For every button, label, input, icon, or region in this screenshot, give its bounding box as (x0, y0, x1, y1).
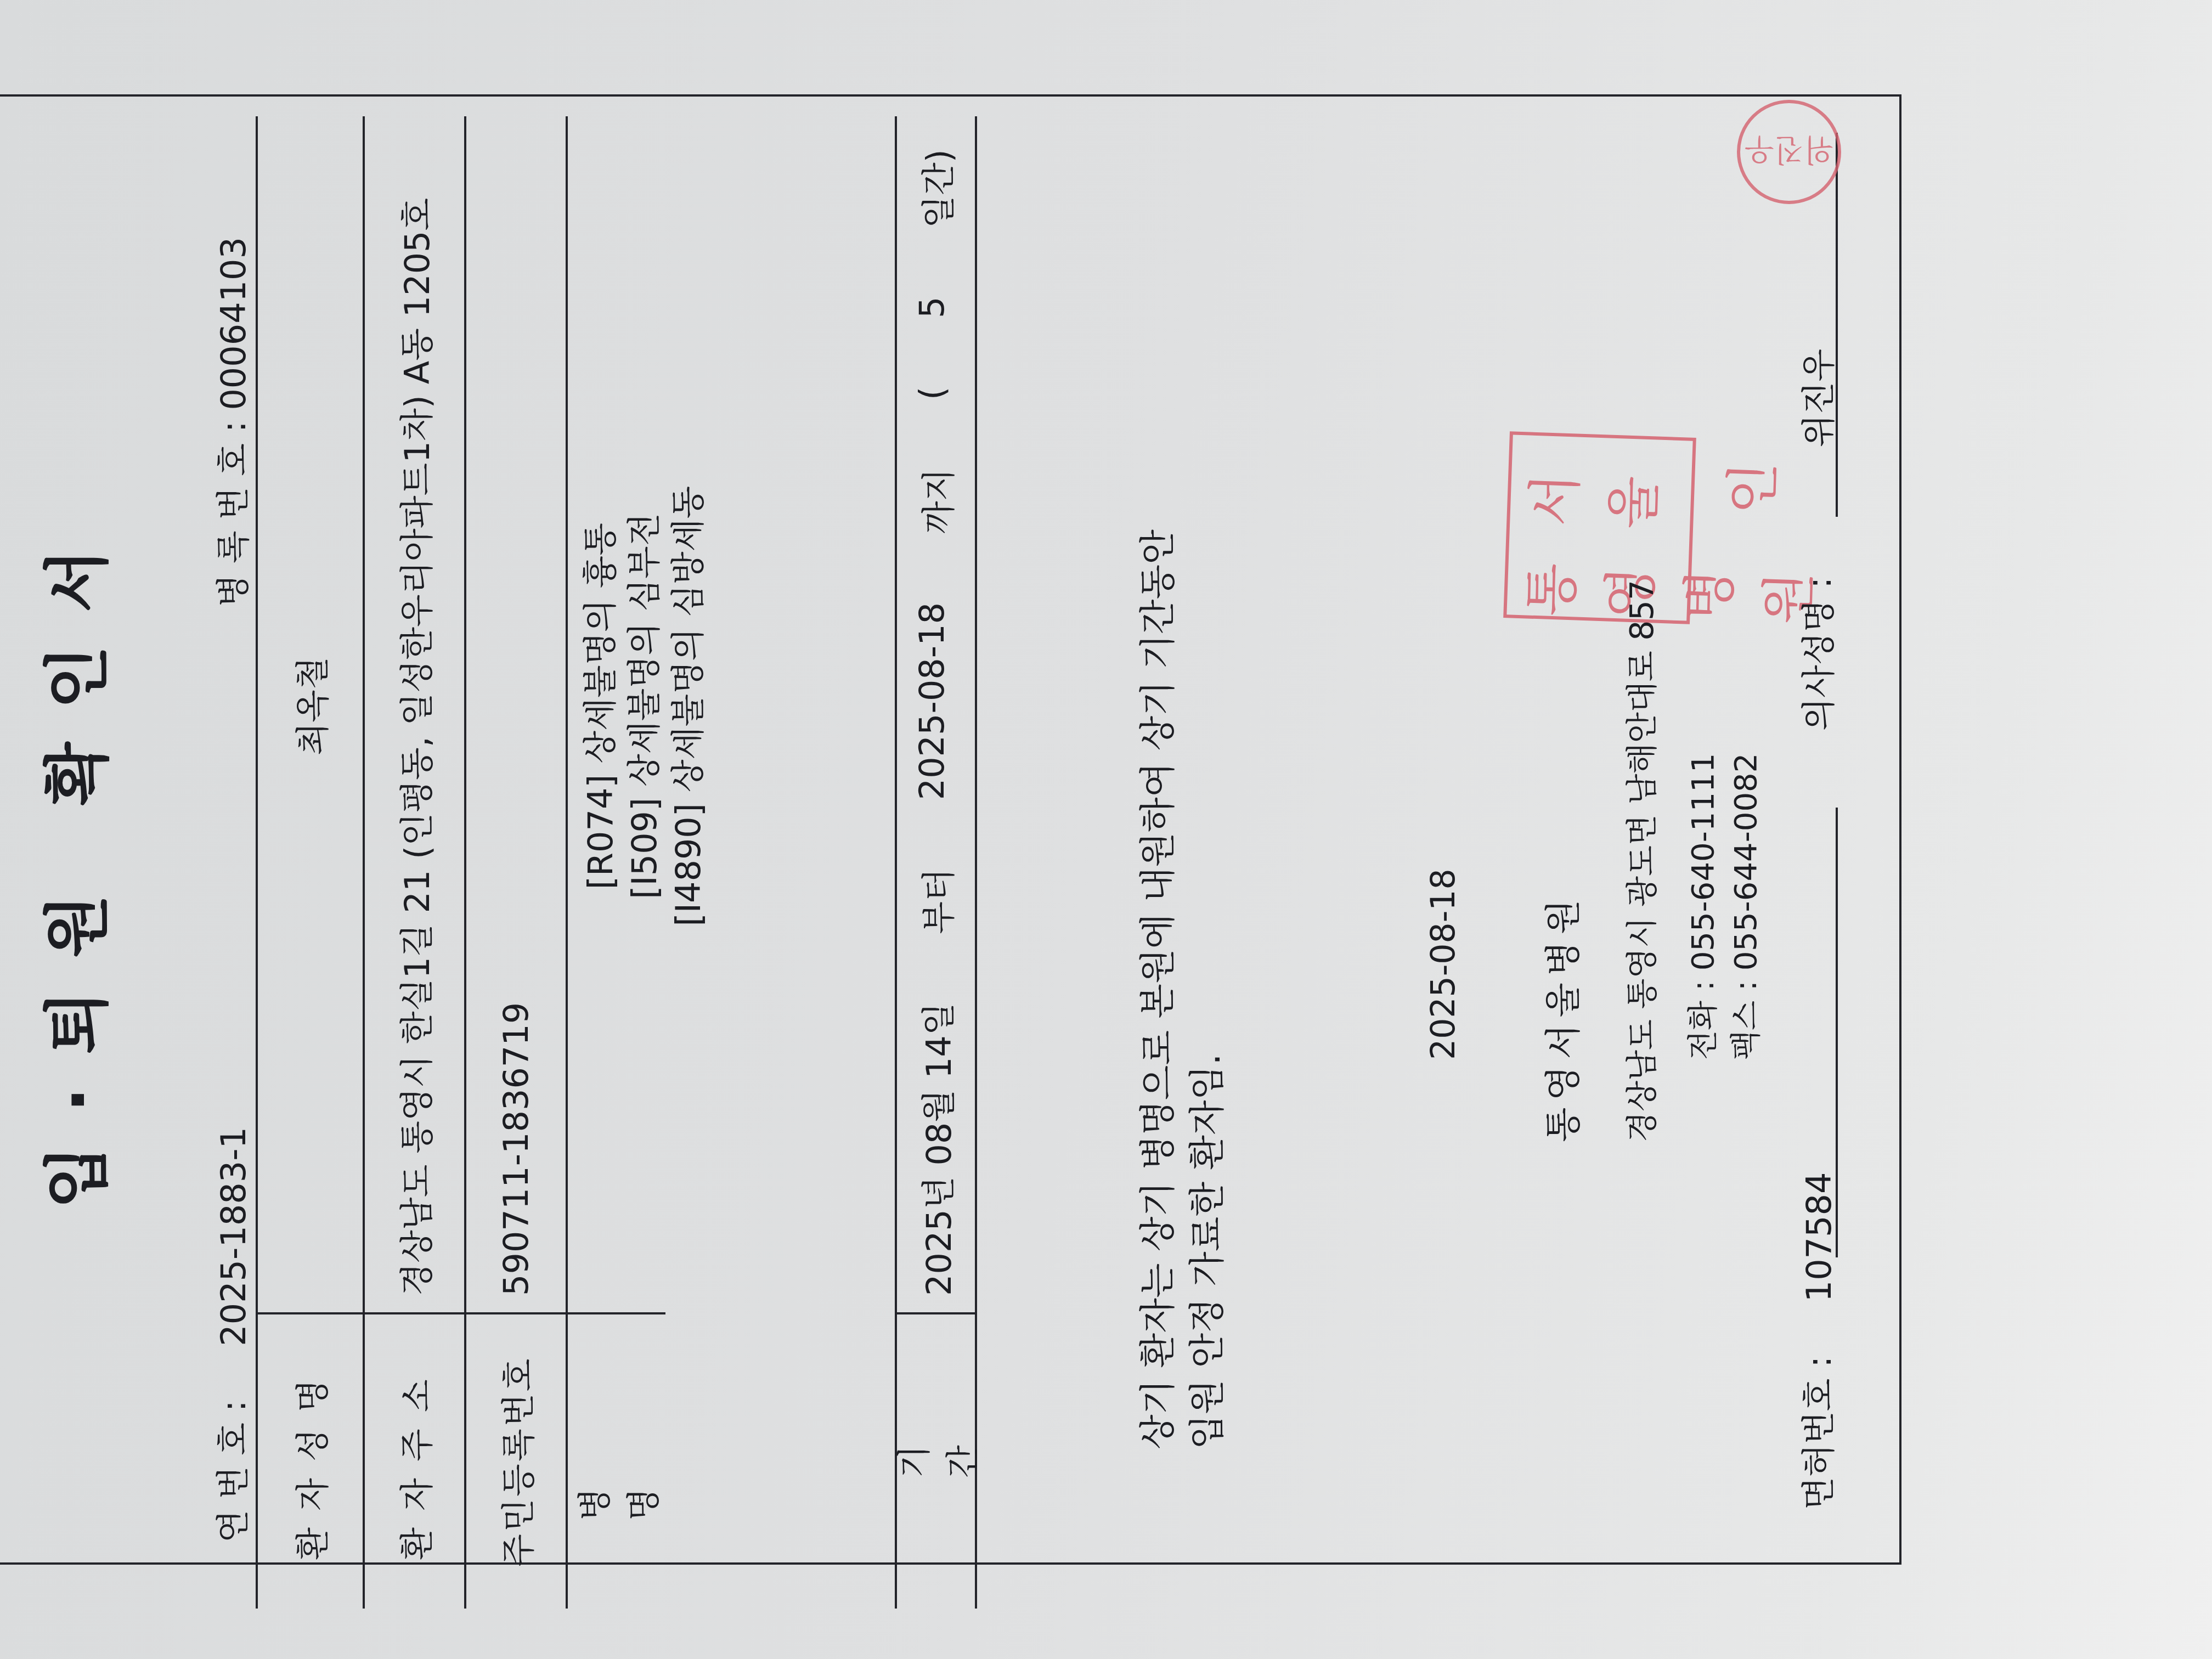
table-row: 기간 2025년 08월 14일 부터 2025-08-18 까지 ( 5 일간… (895, 116, 977, 1609)
license-label: 면허번호 : (1799, 1356, 1839, 1510)
diagnosis-item: [I509] 상세불명의 심부전 (623, 513, 667, 899)
resident-number-label: 주민등록번호 (466, 1312, 566, 1609)
period-label: 기간 (897, 1312, 975, 1609)
doctor-seal-icon: 위진우 (1737, 100, 1841, 204)
diagnosis-label: 병명 (568, 1312, 665, 1609)
hospital-fax: 팩스 : 055-644-0082 (1725, 753, 1768, 1060)
period-end: 2025-08-18 (912, 602, 961, 800)
doctor-name: 의사성명 : 위진우 (1792, 349, 1841, 731)
record-number: 병 록 번 호 : 00064103 (206, 237, 255, 607)
diagnosis-item: [R074] 상세불명의 흉통 (579, 523, 623, 889)
patient-address-label: 환자주소 (365, 1312, 464, 1609)
record-label: 병 록 번 호 : (213, 421, 253, 607)
patient-name-label: 환자성명 (258, 1312, 363, 1609)
doctor-underline (1836, 133, 1838, 517)
doctor-value: 위진우 (1799, 349, 1839, 448)
document-title: 입·퇴원 확인서 (25, 116, 120, 1609)
issue-date: 2025-08-18 (1424, 868, 1463, 1060)
hospital-phone: 전화 : 055-640-1111 (1682, 753, 1725, 1060)
hospital-address: 경상남도 통영시 광도면 남해안대로 857 (1616, 580, 1662, 1142)
patient-address-value: 경상남도 통영시 한실1길 21 (인평동, 일성한우리아파트1차) A동 12… (365, 116, 464, 1312)
table-row: 환자성명 최옥철 (256, 116, 363, 1609)
license-value: 107584 (1799, 1172, 1839, 1302)
statement-line: 상기 환자는 상기 병명으로 본원에 내원하여 상기 기간동안 (1133, 529, 1183, 1449)
hospital-seal-icon: 통영 서울 병원 인 (1503, 431, 1696, 624)
period-days-suffix: 일간) (912, 149, 961, 228)
patient-name-value: 최옥철 (258, 116, 363, 1312)
period-from: 부터 (912, 868, 961, 934)
doctor-label: 의사성명 : (1799, 577, 1839, 731)
serial-label: 연 번 호 : (213, 1400, 253, 1543)
period-value: 2025년 08월 14일 부터 2025-08-18 까지 ( 5 일간) (897, 116, 975, 1312)
hospital-name: 통영서울병원 (1534, 893, 1586, 1142)
table-row: 주민등록번호 590711-1836719 (464, 116, 566, 1609)
license-number: 면허번호 : 107584 (1792, 1172, 1841, 1510)
period-to: 까지 (912, 469, 961, 534)
record-value: 00064103 (213, 237, 253, 410)
hospital-contacts: 전화 : 055-640-1111 팩스 : 055-644-0082 (1682, 753, 1768, 1060)
signature-row: 면허번호 : 107584 의사성명 : 위진우 (1781, 116, 1863, 1609)
diagnosis-item: [I4890] 상세불명의 심방세동 (667, 486, 710, 927)
license-underline (1836, 808, 1838, 1257)
table-row: 환자주소 경상남도 통영시 한실1길 21 (인평동, 일성한우리아파트1차) … (363, 116, 464, 1609)
certification-statement: 상기 환자는 상기 병명으로 본원에 내원하여 상기 기간동안 입원 안정 가료… (1133, 529, 1232, 1449)
serial-value: 2025-1883-1 (213, 1127, 253, 1346)
serial-number: 연 번 호 : 2025-1883-1 (206, 1127, 255, 1543)
diagnosis-list: [R074] 상세불명의 흉통 [I509] 상세불명의 심부전 [I4890]… (568, 116, 710, 1312)
period-days: 5 (912, 297, 961, 318)
resident-number-value: 590711-1836719 (466, 116, 566, 1312)
patient-table: 환자성명 최옥철 환자주소 경상남도 통영시 한실1길 21 (인평동, 일성한… (256, 116, 977, 1609)
certificate-form: 입·퇴원 확인서 연 번 호 : 2025-1883-1 병 록 번 호 : 0… (0, 116, 1858, 1609)
period-start: 2025년 08월 14일 (912, 1002, 961, 1296)
header-row: 연 번 호 : 2025-1883-1 병 록 번 호 : 00064103 (184, 116, 267, 1609)
table-row: 병명 [R074] 상세불명의 흉통 [I509] 상세불명의 심부전 [I48… (566, 116, 895, 1609)
period-open: ( (912, 387, 961, 400)
statement-line: 입원 안정 가료한 환자임. (1183, 529, 1232, 1449)
